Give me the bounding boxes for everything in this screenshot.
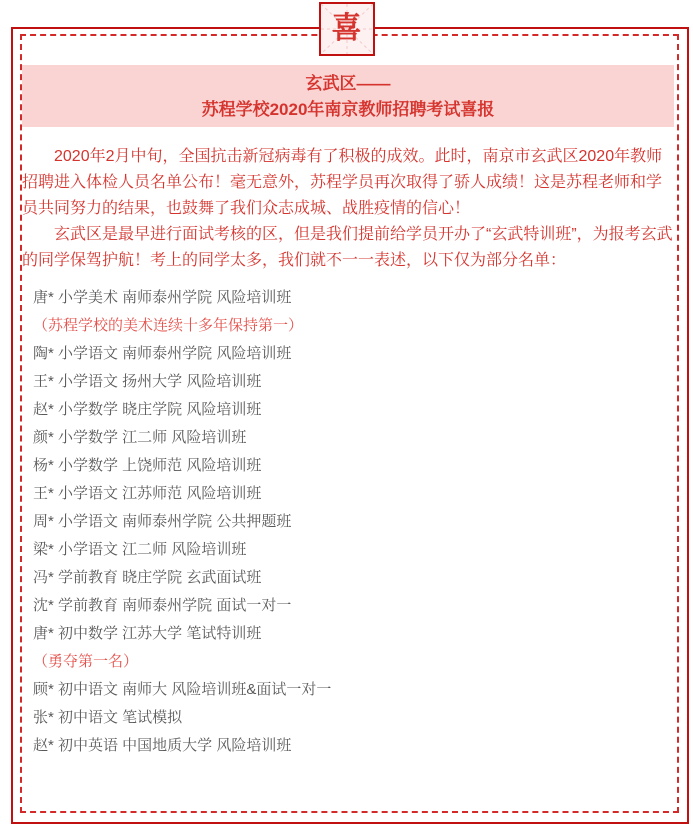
body-paragraphs: 2020年2月中旬，全国抗击新冠病毒有了积极的成效。此时，南京市玄武区2020年… [22, 144, 674, 274]
roster-row: 沈* 学前教育 南师泰州学院 面试一对一 [33, 592, 674, 620]
roster-row: 陶* 小学语文 南师泰州学院 风险培训班 [33, 340, 674, 368]
banner-district-line: 玄武区—— [22, 71, 674, 97]
roster-list: 唐* 小学美术 南师泰州学院 风险培训班（苏程学校的美术连续十多年保持第一）陶*… [33, 284, 674, 760]
roster-row: 冯* 学前教育 晓庄学院 玄武面试班 [33, 564, 674, 592]
xi-character: 喜 [332, 14, 362, 44]
roster-note: （勇夺第一名） [33, 648, 674, 676]
roster-row: 颜* 小学数学 江二师 风险培训班 [33, 424, 674, 452]
roster-row: 顾* 初中语文 南师大 风险培训班&面试一对一 [33, 676, 674, 704]
roster-row: 唐* 小学美术 南师泰州学院 风险培训班 [33, 284, 674, 312]
title-banner: 玄武区—— 苏程学校2020年南京教师招聘考试喜报 [22, 65, 674, 127]
announcement-page: 喜 玄武区—— 苏程学校2020年南京教师招聘考试喜报 2020年2月中旬，全国… [0, 0, 693, 831]
paragraph: 玄武区是最早进行面试考核的区，但是我们提前给学员开办了“玄武特训班”，为报考玄武… [22, 222, 674, 274]
roster-row: 唐* 初中数学 江苏大学 笔试特训班 [33, 620, 674, 648]
roster-row: 赵* 小学数学 晓庄学院 风险培训班 [33, 396, 674, 424]
roster-row: 王* 小学语文 扬州大学 风险培训班 [33, 368, 674, 396]
roster-row: 王* 小学语文 江苏师范 风险培训班 [33, 480, 674, 508]
roster-note: （苏程学校的美术连续十多年保持第一） [33, 312, 674, 340]
roster-row: 梁* 小学语文 江二师 风险培训班 [33, 536, 674, 564]
xi-seal-box: 喜 [319, 2, 375, 56]
roster-row: 张* 初中语文 笔试模拟 [33, 704, 674, 732]
roster-row: 周* 小学语文 南师泰州学院 公共押题班 [33, 508, 674, 536]
content-area: 玄武区—— 苏程学校2020年南京教师招聘考试喜报 2020年2月中旬，全国抗击… [22, 65, 674, 760]
paragraph: 2020年2月中旬，全国抗击新冠病毒有了积极的成效。此时，南京市玄武区2020年… [22, 144, 674, 222]
roster-row: 杨* 小学数学 上饶师范 风险培训班 [33, 452, 674, 480]
banner-title-line: 苏程学校2020年南京教师招聘考试喜报 [22, 97, 674, 123]
roster-row: 赵* 初中英语 中国地质大学 风险培训班 [33, 732, 674, 760]
